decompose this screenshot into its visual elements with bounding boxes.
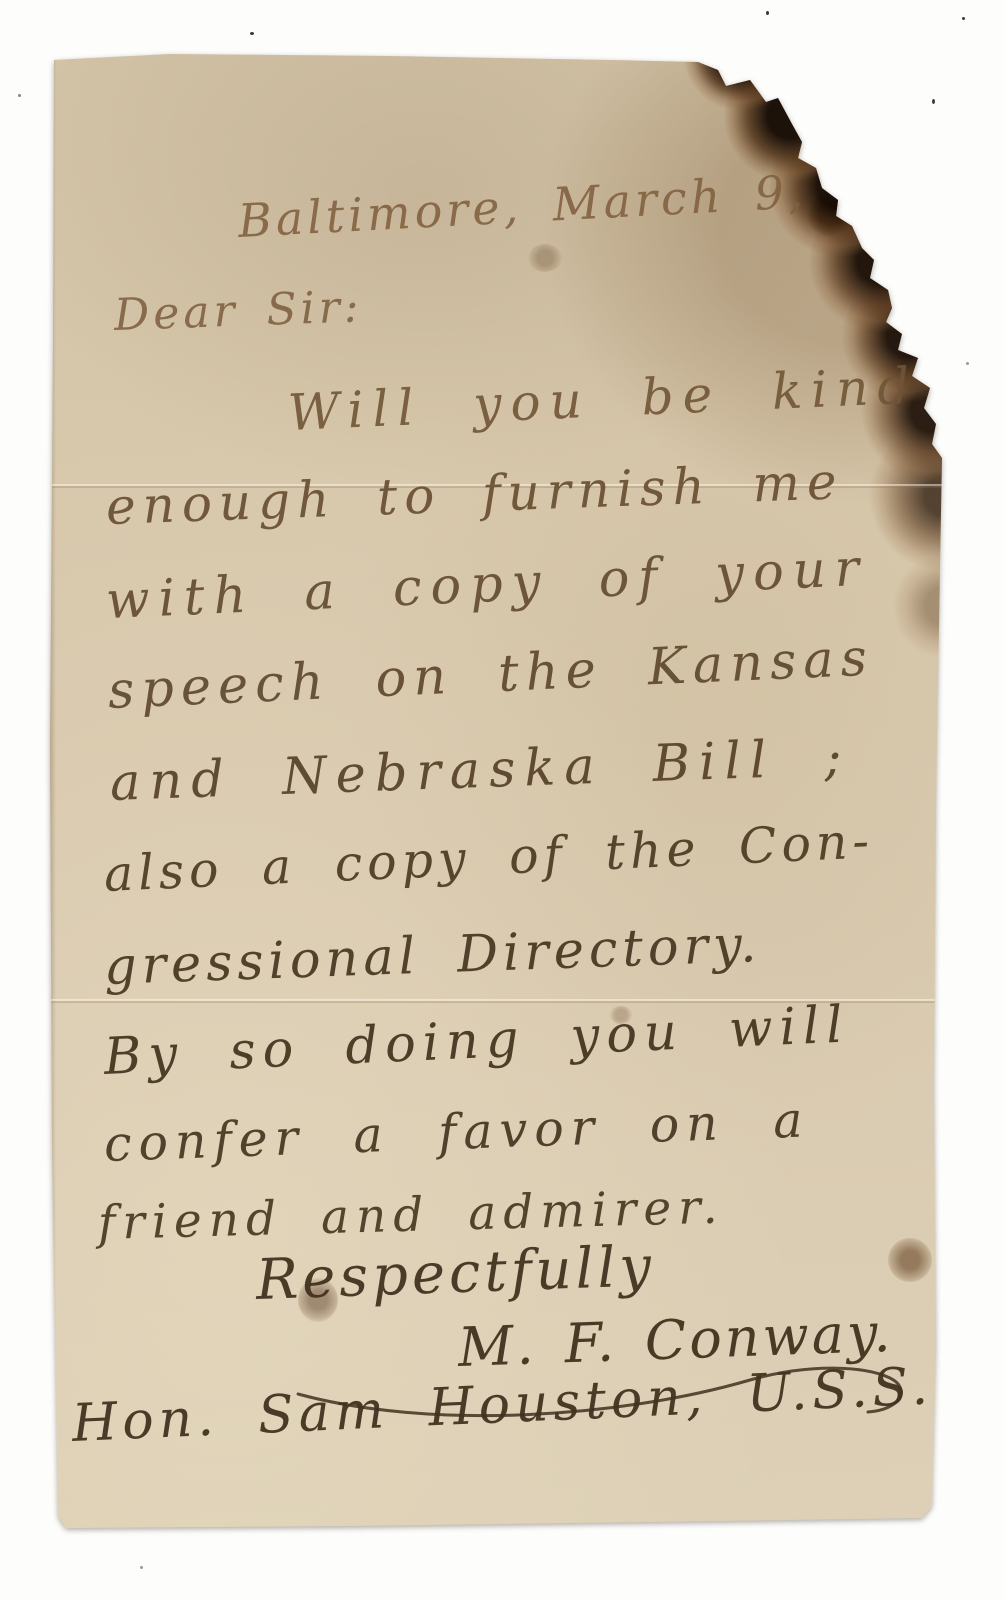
signature: M. F. Conway.: [457, 1301, 894, 1379]
fold-crease-upper: [50, 484, 942, 488]
body-line-3: with a copy of your: [105, 539, 869, 631]
ink-blot: [298, 1278, 338, 1322]
dust-speck: [766, 11, 769, 15]
body-line-7: gressional Directory.: [103, 915, 762, 997]
dust-speck: [140, 1566, 143, 1569]
closing: Respectfully: [255, 1234, 656, 1313]
body-line-10: friend and admirer.: [97, 1180, 725, 1251]
body-line-6: also a copy of the Con-: [103, 812, 875, 903]
smudge-stain: [610, 1006, 632, 1024]
dateline: Baltimore, March 9, 185: [237, 157, 939, 248]
body-line-9: confer a favor on a: [103, 1091, 810, 1173]
fold-crease-lower: [50, 999, 942, 1003]
signature-flourish: [290, 1352, 930, 1442]
body-line-8: By so doing you will: [103, 995, 851, 1086]
dust-speck: [962, 17, 965, 20]
body-line-5: and Nebraska Bill ;: [109, 728, 851, 813]
burned-corner: [50, 46, 942, 1528]
dust-speck: [250, 32, 254, 35]
recipient-address: Hon. Sam Houston, U.S.S.: [71, 1356, 934, 1454]
body-line-4: speech on the Kansas: [107, 629, 875, 721]
body-line-1: Will you be kind: [287, 357, 920, 442]
dust-speck: [966, 362, 969, 365]
scanned-letter-page: Baltimore, March 9, 185 Dear Sir: Will y…: [0, 0, 1004, 1600]
aged-paper: Baltimore, March 9, 185 Dear Sir: Will y…: [50, 46, 942, 1528]
body-line-2: enough to furnish me: [105, 452, 844, 536]
smudge-stain: [528, 244, 562, 272]
ink-blot: [888, 1238, 932, 1282]
salutation: Dear Sir:: [113, 281, 363, 341]
letter-sheet: Baltimore, March 9, 185 Dear Sir: Will y…: [50, 46, 942, 1528]
dust-speck: [18, 94, 21, 97]
